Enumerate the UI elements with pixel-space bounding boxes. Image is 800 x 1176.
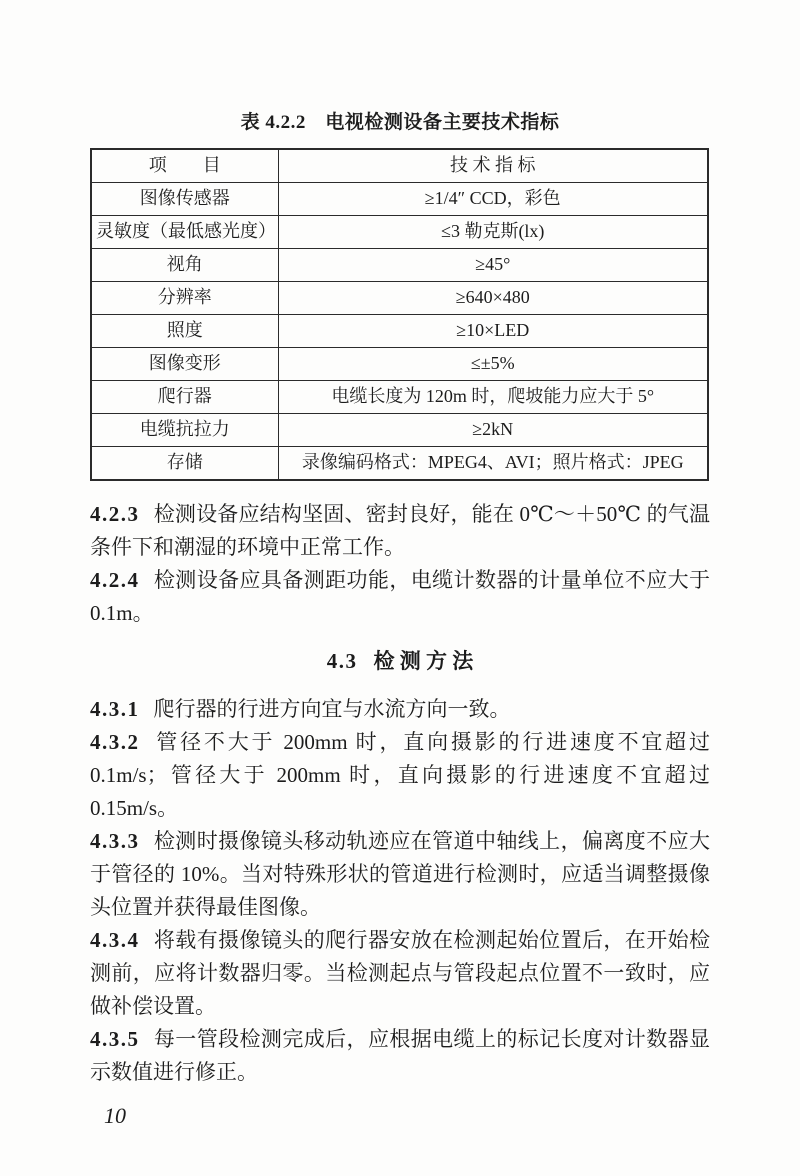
clause-text: 检测设备应具备测距功能，电缆计数器的计量单位不应大于 0.1m。 xyxy=(90,568,710,625)
header-item: 项 目 xyxy=(91,149,278,183)
spec-value-cell: ≤±5% xyxy=(278,348,708,381)
table-header-row: 项 目 技 术 指 标 xyxy=(91,149,708,183)
clause-number: 4.3.5 xyxy=(90,1027,140,1051)
table-row: 电缆抗拉力 ≥2kN xyxy=(91,414,708,447)
section-heading-4-3: 4.3检 测 方 法 xyxy=(90,645,710,678)
clause-text: 检测设备应结构坚固、密封良好，能在 0℃～＋50℃ 的气温条件下和潮湿的环境中正… xyxy=(90,502,710,559)
spec-value-cell: ≥45° xyxy=(278,249,708,282)
table-row: 图像变形 ≤±5% xyxy=(91,348,708,381)
spec-item-cell: 图像变形 xyxy=(91,348,278,381)
spec-item-cell: 照度 xyxy=(91,315,278,348)
section-title: 检 测 方 法 xyxy=(374,649,474,673)
clause-4-2-4: 4.2.4检测设备应具备测距功能，电缆计数器的计量单位不应大于 0.1m。 xyxy=(90,564,710,630)
clause-text: 管径不大于 200mm 时，直向摄影的行进速度不宜超过 0.1m/s；管径大于 … xyxy=(90,730,710,820)
spec-value-cell: ≥2kN xyxy=(278,414,708,447)
clause-4-2-3: 4.2.3检测设备应结构坚固、密封良好，能在 0℃～＋50℃ 的气温条件下和潮湿… xyxy=(90,498,710,564)
page-number: 10 xyxy=(104,1102,710,1130)
clause-4-3-1: 4.3.1爬行器的行进方向宜与水流方向一致。 xyxy=(90,693,710,726)
clause-text: 将载有摄像镜头的爬行器安放在检测起始位置后，在开始检测前，应将计数器归零。当检测… xyxy=(90,928,710,1018)
table-row: 分辨率 ≥640×480 xyxy=(91,282,708,315)
spec-item-cell: 电缆抗拉力 xyxy=(91,414,278,447)
spec-table: 项 目 技 术 指 标 图像传感器 ≥1/4″ CCD，彩色 灵敏度（最低感光度… xyxy=(90,148,709,481)
header-spec: 技 术 指 标 xyxy=(278,149,708,183)
clause-4-3-3: 4.3.3检测时摄像镜头移动轨迹应在管道中轴线上，偏离度不应大于管径的 10%。… xyxy=(90,825,710,924)
table-row: 照度 ≥10×LED xyxy=(91,315,708,348)
clauses-block: 4.2.3检测设备应结构坚固、密封良好，能在 0℃～＋50℃ 的气温条件下和潮湿… xyxy=(90,498,710,1089)
clause-number: 4.3.4 xyxy=(90,928,140,952)
spec-item-cell: 爬行器 xyxy=(91,381,278,414)
table-row: 爬行器 电缆长度为 120m 时，爬坡能力应大于 5° xyxy=(91,381,708,414)
spec-item-cell: 视角 xyxy=(91,249,278,282)
clause-number: 4.2.4 xyxy=(90,568,140,592)
clause-text: 每一管段检测完成后，应根据电缆上的标记长度对计数器显示数值进行修正。 xyxy=(90,1027,710,1084)
spec-value-cell: 电缆长度为 120m 时，爬坡能力应大于 5° xyxy=(278,381,708,414)
spec-item-cell: 存储 xyxy=(91,447,278,481)
table-caption: 表 4.2.2 电视检测设备主要技术指标 xyxy=(90,110,710,136)
spec-item-cell: 灵敏度（最低感光度） xyxy=(91,216,278,249)
clause-text: 爬行器的行进方向宜与水流方向一致。 xyxy=(154,697,511,721)
clause-4-3-5: 4.3.5每一管段检测完成后，应根据电缆上的标记长度对计数器显示数值进行修正。 xyxy=(90,1023,710,1089)
spec-item-cell: 分辨率 xyxy=(91,282,278,315)
clause-number: 4.3.3 xyxy=(90,829,140,853)
clause-number: 4.3.2 xyxy=(90,730,140,754)
spec-value-cell: 录像编码格式：MPEG4、AVI；照片格式：JPEG xyxy=(278,447,708,481)
page-content: 表 4.2.2 电视检测设备主要技术指标 项 目 技 术 指 标 图像传感器 ≥… xyxy=(90,0,710,1130)
table-row: 图像传感器 ≥1/4″ CCD，彩色 xyxy=(91,183,708,216)
table-row: 视角 ≥45° xyxy=(91,249,708,282)
spec-value-cell: ≥10×LED xyxy=(278,315,708,348)
table-row: 存储 录像编码格式：MPEG4、AVI；照片格式：JPEG xyxy=(91,447,708,481)
spec-value-cell: ≤3 勒克斯(lx) xyxy=(278,216,708,249)
clause-number: 4.3.1 xyxy=(90,697,140,721)
spec-value-cell: ≥1/4″ CCD，彩色 xyxy=(278,183,708,216)
spec-item-cell: 图像传感器 xyxy=(91,183,278,216)
clause-text: 检测时摄像镜头移动轨迹应在管道中轴线上，偏离度不应大于管径的 10%。当对特殊形… xyxy=(90,829,710,919)
spec-value-cell: ≥640×480 xyxy=(278,282,708,315)
clause-4-3-2: 4.3.2管径不大于 200mm 时，直向摄影的行进速度不宜超过 0.1m/s；… xyxy=(90,726,710,825)
table-row: 灵敏度（最低感光度） ≤3 勒克斯(lx) xyxy=(91,216,708,249)
clause-number: 4.2.3 xyxy=(90,502,140,526)
document-page: 表 4.2.2 电视检测设备主要技术指标 项 目 技 术 指 标 图像传感器 ≥… xyxy=(0,0,800,1176)
section-number: 4.3 xyxy=(327,649,358,673)
clause-4-3-4: 4.3.4将载有摄像镜头的爬行器安放在检测起始位置后，在开始检测前，应将计数器归… xyxy=(90,924,710,1023)
